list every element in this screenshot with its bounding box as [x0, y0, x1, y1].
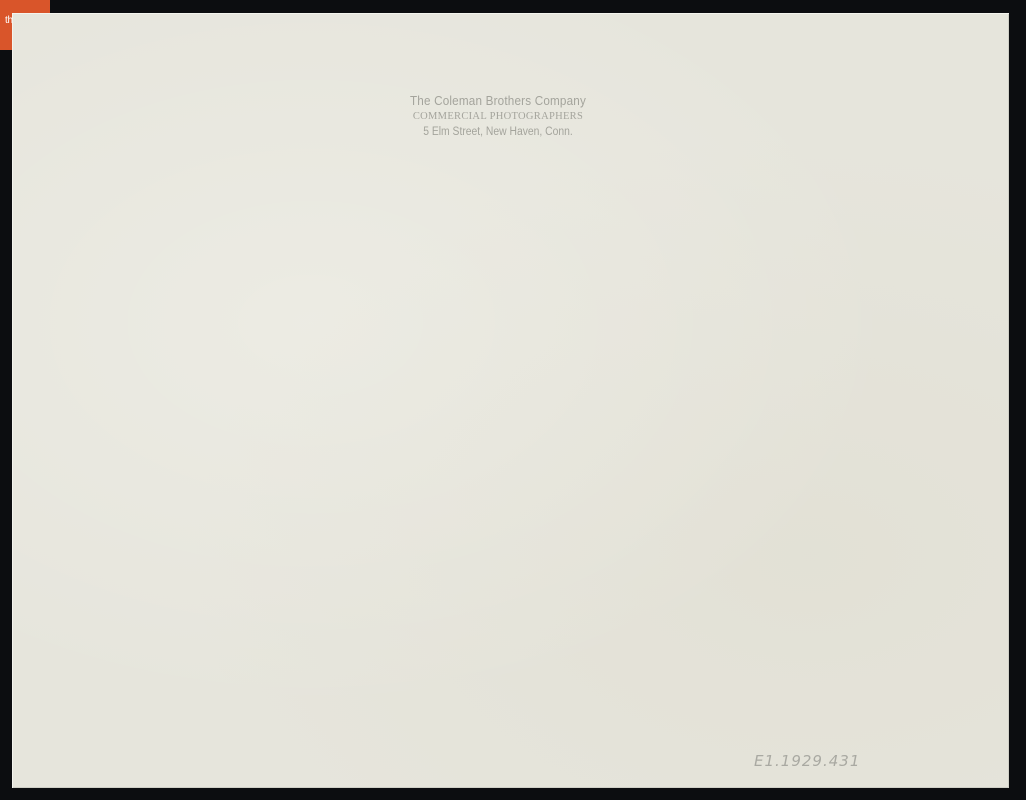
photographer-stamp: The Coleman Brothers Company COMMERCIAL … [383, 92, 613, 141]
accession-number: E1.1929.431 [754, 752, 860, 770]
stamp-company-name: The Coleman Brothers Company [395, 92, 602, 109]
stamp-address: 5 Elm Street, New Haven, Conn. [395, 124, 602, 141]
stamp-business-type: COMMERCIAL PHOTOGRAPHERS [383, 109, 613, 124]
